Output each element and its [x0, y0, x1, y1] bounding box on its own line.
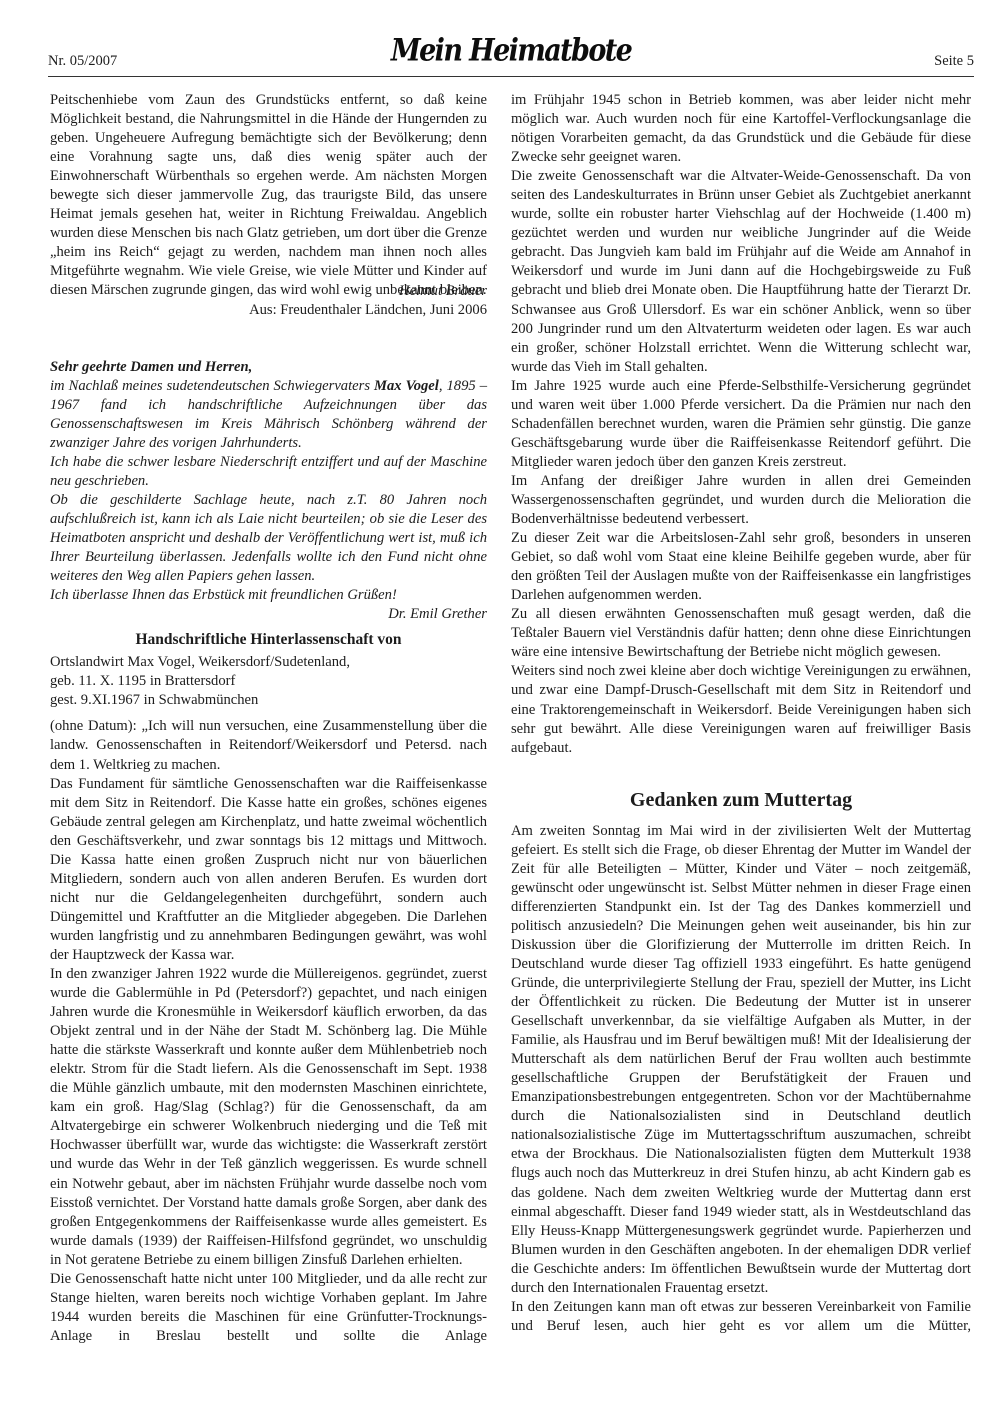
letter-signature: Dr. Emil Grether: [50, 605, 487, 624]
letter-paragraph-3: Ob die geschilderte Sachlage heute, nach…: [50, 491, 487, 586]
right-column: im Frühjahr 1945 schon in Betrieb kommen…: [511, 91, 971, 1336]
body-paragraph: In den zwanziger Jahren 1922 wurde die M…: [50, 965, 487, 1270]
issue-number: Nr. 05/2007: [48, 53, 117, 70]
bio-line: geb. 11. X. 1195 in Brattersdorf: [50, 672, 487, 691]
letter-text: im Nachlaß meines sudetendeutschen Schwi…: [50, 378, 374, 394]
bio-line: Ortslandwirt Max Vogel, Weikersdorf/Sude…: [50, 653, 487, 672]
page-number: Seite 5: [934, 53, 974, 70]
body-paragraph: Im Jahre 1925 wurde auch eine Pferde-Sel…: [511, 377, 971, 472]
body-paragraph: Im Anfang der dreißiger Jahre wurden in …: [511, 472, 971, 529]
body-paragraph: Zu dieser Zeit war die Arbeitslosen-Zahl…: [511, 529, 971, 605]
bio-block: Ortslandwirt Max Vogel, Weikersdorf/Sude…: [50, 653, 487, 710]
letter-block: Sehr geehrte Damen und Herren, im Nachla…: [50, 358, 487, 625]
body-paragraph: Die Genossenschaft hatte nicht unter 100…: [50, 1270, 487, 1346]
article-heading: Handschriftliche Hinterlassenschaft von: [50, 630, 487, 649]
mothers-day-paragraph: Am zweiten Sonntag im Mai wird in der zi…: [511, 822, 971, 1298]
body-paragraph: im Frühjahr 1945 schon in Betrieb kommen…: [511, 91, 971, 167]
letter-paragraph-4: Ich überlasse Ihnen das Erbstück mit fre…: [50, 586, 487, 605]
left-column: Peitschenhiebe vom Zaun des Grundstücks …: [50, 91, 487, 1346]
body-paragraph: Die zweite Genossenschaft war die Altvat…: [511, 167, 971, 377]
letter-name: Max Vogel: [374, 378, 439, 394]
bio-line: gest. 9.XI.1967 in Schwabmünchen: [50, 691, 487, 710]
body-paragraph: Weiters sind noch zwei kleine aber doch …: [511, 662, 971, 757]
mothers-day-heading: Gedanken zum Muttertag: [511, 788, 971, 812]
letter-salutation: Sehr geehrte Damen und Herren,: [50, 358, 487, 377]
body-paragraph: Das Fundament für sämtliche Genossenscha…: [50, 775, 487, 965]
intro-paragraph: Peitschenhiebe vom Zaun des Grundstücks …: [50, 91, 487, 301]
body-paragraph: (ohne Datum): „Ich will nun versuchen, e…: [50, 717, 487, 774]
intro-source: Aus: Freudenthaler Ländchen, Juni 2006: [50, 301, 487, 320]
page-header: Nr. 05/2007 Mein Heimatbote Seite 5: [48, 20, 974, 77]
letter-paragraph-1: im Nachlaß meines sudetendeutschen Schwi…: [50, 377, 487, 453]
masthead-logo: Mein Heimatbote: [391, 33, 631, 69]
mothers-day-paragraph: In den Zeitungen kann man oft etwas zur …: [511, 1298, 971, 1336]
letter-paragraph-2: Ich habe die schwer lesbare Niederschrif…: [50, 453, 487, 491]
body-paragraph: Zu all diesen erwähnten Genossenschaften…: [511, 605, 971, 662]
